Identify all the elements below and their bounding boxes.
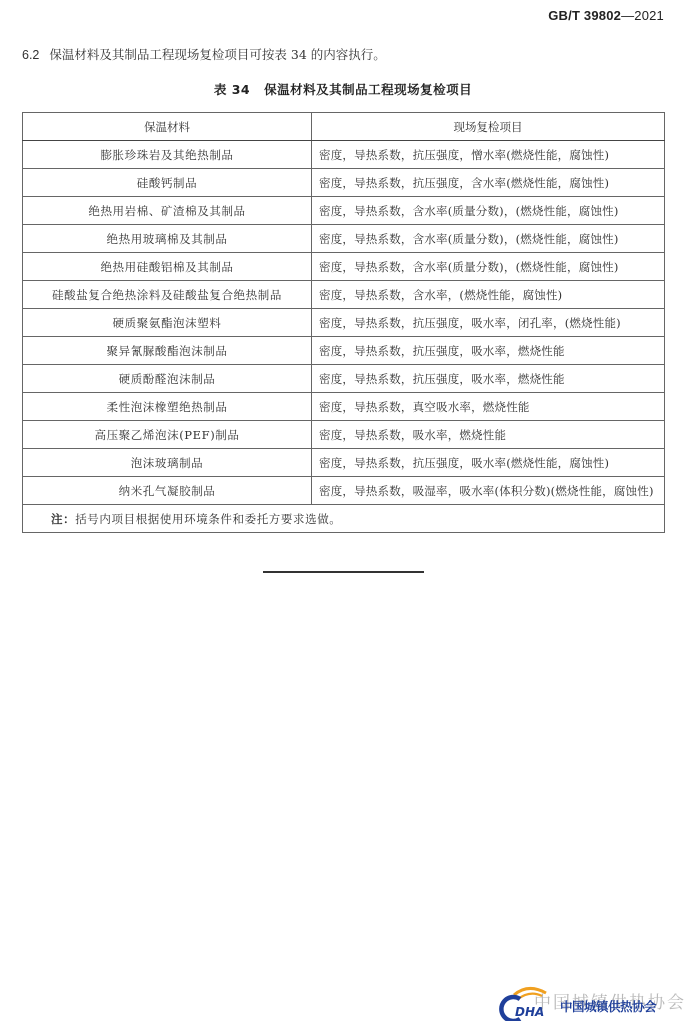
table-row: 泡沫玻璃制品密度，导热系数，抗压强度，吸水率(燃烧性能，腐蚀性) (23, 449, 665, 477)
standard-code-separator: — (621, 8, 634, 23)
inspection-items-cell: 密度，导热系数，抗压强度，吸水率，闭孔率，(燃烧性能) (312, 309, 665, 337)
inspection-items-cell: 密度，导热系数，抗压强度，憎水率(燃烧性能，腐蚀性) (312, 141, 665, 169)
column-header-items: 现场复检项目 (312, 113, 665, 141)
table-number: 表 34 (214, 82, 250, 97)
table-note: 注：括号内项目根据使用环境条件和委托方要求选做。 (23, 505, 665, 533)
material-cell: 硬质聚氨酯泡沫塑料 (23, 309, 312, 337)
watermark-org-name: 中国城镇供热协会 (560, 997, 656, 1015)
inspection-items-cell: 密度，导热系数，吸水率，燃烧性能 (312, 421, 665, 449)
standard-code: GB/T 39802—2021 (548, 8, 664, 23)
inspection-items-cell: 密度，导热系数，真空吸水率，燃烧性能 (312, 393, 665, 421)
table-row: 纳米孔气凝胶制品密度，导热系数，吸湿率，吸水率(体积分数)(燃烧性能，腐蚀性) (23, 477, 665, 505)
material-cell: 绝热用玻璃棉及其制品 (23, 225, 312, 253)
material-cell: 柔性泡沫橡塑绝热制品 (23, 393, 312, 421)
clause-number: 6.2 (22, 48, 39, 62)
clause-text: 保温材料及其制品工程现场复检项目可按表 34 的内容执行。 (49, 47, 385, 62)
table-row: 聚异氰脲酸酯泡沫制品密度，导热系数，抗压强度，吸水率，燃烧性能 (23, 337, 665, 365)
table-row: 高压聚乙烯泡沫(PEF)制品密度，导热系数，吸水率，燃烧性能 (23, 421, 665, 449)
table-row: 绝热用硅酸铝棉及其制品密度，导热系数，含水率(质量分数)，(燃烧性能，腐蚀性) (23, 253, 665, 281)
note-label: 注： (51, 512, 75, 526)
table-row: 绝热用岩棉、矿渣棉及其制品密度，导热系数，含水率(质量分数)，(燃烧性能，腐蚀性… (23, 197, 665, 225)
inspection-items-cell: 密度，导热系数，抗压强度，含水率(燃烧性能，腐蚀性) (312, 169, 665, 197)
table-title: 保温材料及其制品工程现场复检项目 (264, 82, 472, 97)
material-cell: 纳米孔气凝胶制品 (23, 477, 312, 505)
standard-code-number: GB/T 39802 (548, 8, 621, 23)
table-row: 硬质聚氨酯泡沫塑料密度，导热系数，抗压强度，吸水率，闭孔率，(燃烧性能) (23, 309, 665, 337)
material-cell: 绝热用硅酸铝棉及其制品 (23, 253, 312, 281)
table-row: 硅酸盐复合绝热涂料及硅酸盐复合绝热制品密度，导热系数，含水率，(燃烧性能，腐蚀性… (23, 281, 665, 309)
material-cell: 硅酸盐复合绝热涂料及硅酸盐复合绝热制品 (23, 281, 312, 309)
table-row: 膨胀珍珠岩及其绝热制品密度，导热系数，抗压强度，憎水率(燃烧性能，腐蚀性) (23, 141, 665, 169)
table-caption: 表 34保温材料及其制品工程现场复检项目 (0, 80, 686, 98)
inspection-items-table: 保温材料 现场复检项目 膨胀珍珠岩及其绝热制品密度，导热系数，抗压强度，憎水率(… (22, 112, 665, 533)
table-row: 柔性泡沫橡塑绝热制品密度，导热系数，真空吸水率，燃烧性能 (23, 393, 665, 421)
end-of-section-rule (263, 571, 424, 573)
inspection-items-cell: 密度，导热系数，含水率(质量分数)，(燃烧性能，腐蚀性) (312, 253, 665, 281)
table-row: 绝热用玻璃棉及其制品密度，导热系数，含水率(质量分数)，(燃烧性能，腐蚀性) (23, 225, 665, 253)
inspection-items-cell: 密度，导热系数，抗压强度，吸水率，燃烧性能 (312, 365, 665, 393)
inspection-items-cell: 密度，导热系数，含水率(质量分数)，(燃烧性能，腐蚀性) (312, 197, 665, 225)
table-header-row: 保温材料 现场复检项目 (23, 113, 665, 141)
material-cell: 高压聚乙烯泡沫(PEF)制品 (23, 421, 312, 449)
table-row: 硅酸钙制品密度，导热系数，抗压强度，含水率(燃烧性能，腐蚀性) (23, 169, 665, 197)
note-text: 括号内项目根据使用环境条件和委托方要求选做。 (75, 512, 341, 526)
standard-code-year: 2021 (634, 8, 664, 23)
material-cell: 硬质酚醛泡沫制品 (23, 365, 312, 393)
inspection-items-cell: 密度，导热系数，含水率，(燃烧性能，腐蚀性) (312, 281, 665, 309)
inspection-items-cell: 密度，导热系数，抗压强度，吸水率(燃烧性能，腐蚀性) (312, 449, 665, 477)
table-note-row: 注：括号内项目根据使用环境条件和委托方要求选做。 (23, 505, 665, 533)
inspection-items-cell: 密度，导热系数，含水率(质量分数)，(燃烧性能，腐蚀性) (312, 225, 665, 253)
publisher-watermark: 中国城镇供热协会 DHA 中国城镇供热协会 (498, 985, 678, 1021)
material-cell: 硅酸钙制品 (23, 169, 312, 197)
svg-text:DHA: DHA (515, 1005, 544, 1019)
inspection-items-cell: 密度，导热系数，抗压强度，吸水率，燃烧性能 (312, 337, 665, 365)
table-row: 硬质酚醛泡沫制品密度，导热系数，抗压强度，吸水率，燃烧性能 (23, 365, 665, 393)
column-header-material: 保温材料 (23, 113, 312, 141)
clause-paragraph: 6.2保温材料及其制品工程现场复检项目可按表 34 的内容执行。 (22, 45, 386, 63)
inspection-items-cell: 密度，导热系数，吸湿率，吸水率(体积分数)(燃烧性能，腐蚀性) (312, 477, 665, 505)
material-cell: 绝热用岩棉、矿渣棉及其制品 (23, 197, 312, 225)
cdha-logo-icon: DHA (498, 985, 560, 1021)
material-cell: 聚异氰脲酸酯泡沫制品 (23, 337, 312, 365)
material-cell: 膨胀珍珠岩及其绝热制品 (23, 141, 312, 169)
material-cell: 泡沫玻璃制品 (23, 449, 312, 477)
